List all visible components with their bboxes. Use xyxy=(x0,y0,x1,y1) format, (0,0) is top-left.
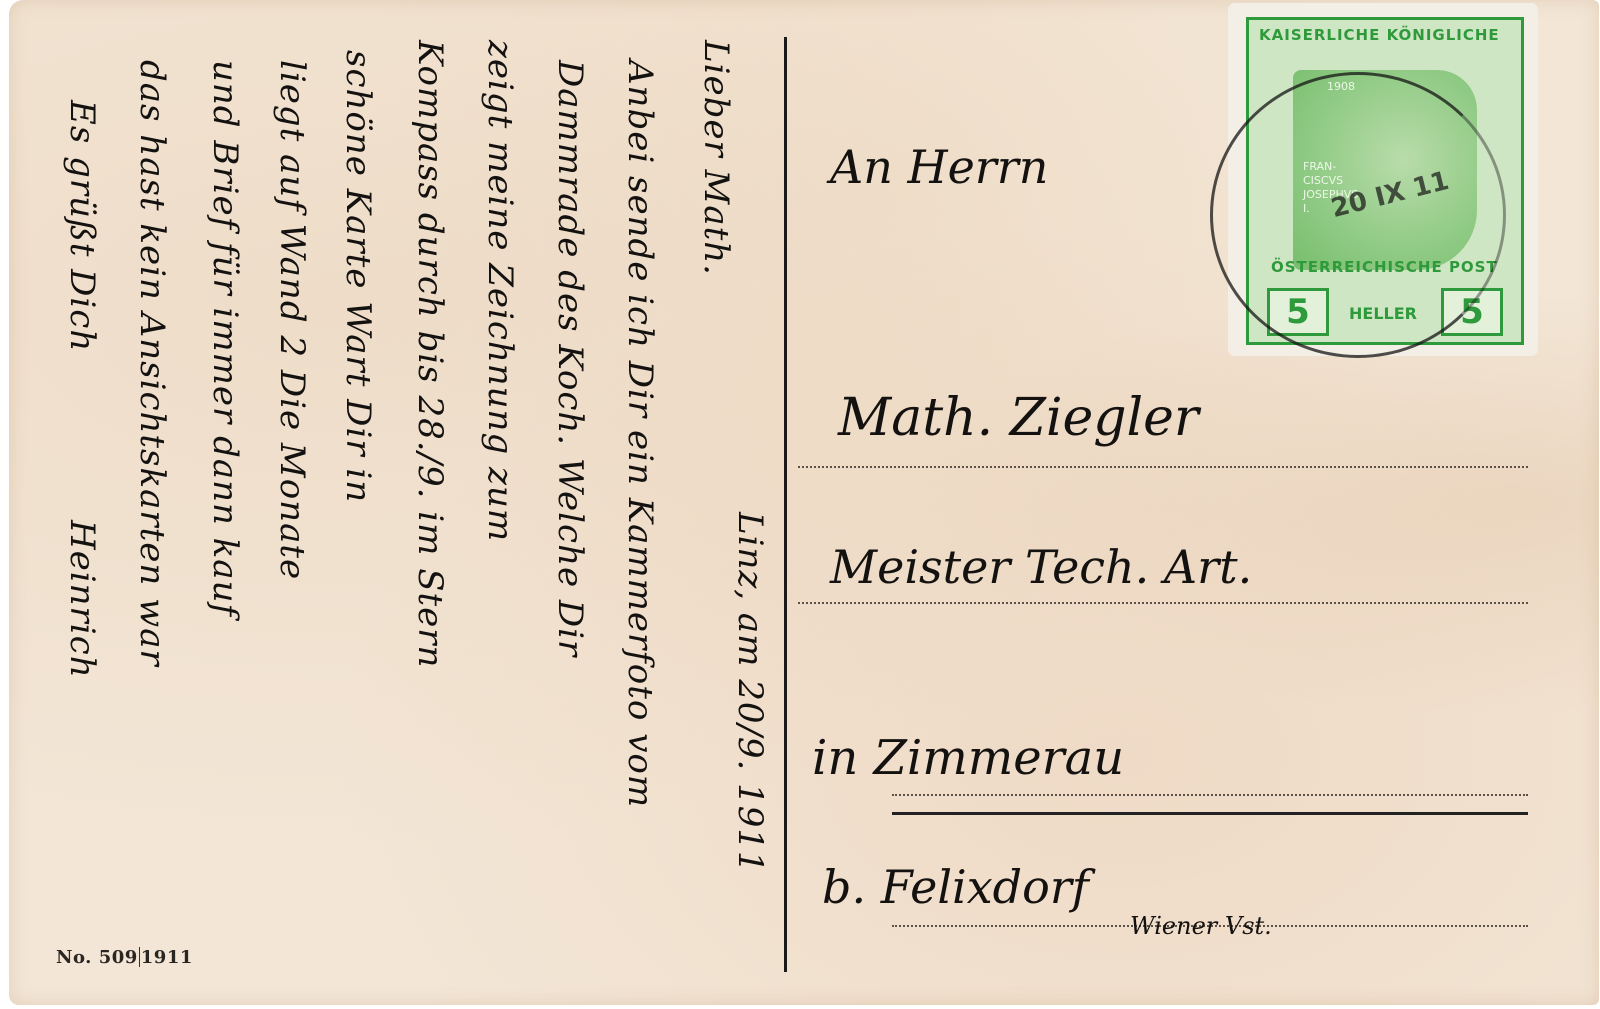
print-number-year: 1911 xyxy=(141,947,193,968)
address-salutation: An Herrn xyxy=(830,140,1048,194)
message-line: und Brief für immer dann kauf xyxy=(205,60,245,617)
address-line-3 xyxy=(892,794,1528,796)
message-line: Es grüßt Dich xyxy=(62,100,102,352)
greeting-line: Lieber Math. xyxy=(696,40,736,276)
message-line: Kompass durch bis 28./9. im Stern xyxy=(410,40,450,668)
message-line: schöne Karte Wart Dir in xyxy=(338,50,378,503)
signature: Heinrich xyxy=(62,520,102,679)
stamp-ring-top: KAISERLICHE KÖNIGLICHE xyxy=(1259,26,1500,44)
address-underline xyxy=(892,812,1528,815)
print-number-value: 509 xyxy=(99,947,138,968)
message-line: das hast kein Ansichtskarten war xyxy=(132,60,172,667)
address-line-1 xyxy=(798,466,1528,468)
address-title: Meister Tech. Art. xyxy=(830,540,1252,594)
address-note: Wiener Vst. xyxy=(1130,912,1272,940)
address-name: Math. Ziegler xyxy=(838,388,1199,448)
address-town: in Zimmerau xyxy=(812,730,1124,786)
print-number: No. 5091911 xyxy=(56,947,193,968)
message-line: Dammrade des Koch. Welche Dir xyxy=(550,60,590,657)
place-date-line: Linz, am 20/9. 1911 xyxy=(730,512,770,874)
address-region: b. Felixdorf xyxy=(822,860,1089,914)
print-number-separator xyxy=(139,947,140,967)
center-divider xyxy=(784,37,787,972)
message-line: zeigt meine Zeichnung zum xyxy=(480,40,520,542)
message-line: Anbei sende ich Dir ein Kammerfoto vom xyxy=(620,60,660,808)
address-line-2 xyxy=(798,602,1528,604)
print-number-prefix: No. xyxy=(56,947,92,968)
message-line: liegt auf Wand 2 Die Monate xyxy=(272,60,312,580)
